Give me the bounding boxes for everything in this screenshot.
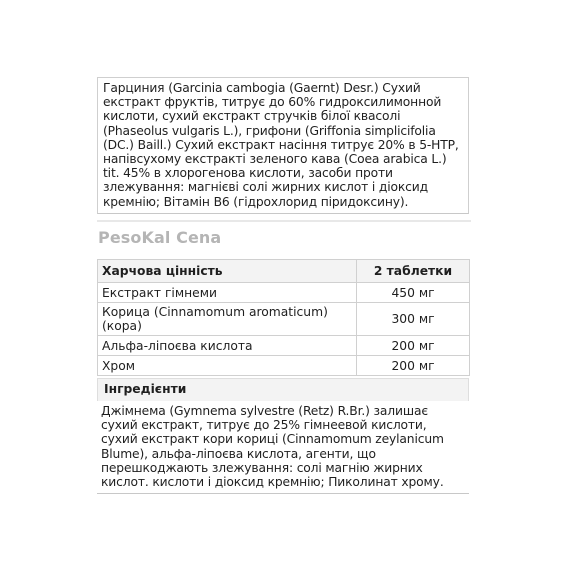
- table-header-row: Харчова цінність 2 таблетки: [98, 260, 470, 283]
- ingredients-text: Джімнема (Gymnema sylvestre (Retz) R.Br.…: [101, 404, 465, 489]
- row-amount: 450 мг: [357, 283, 470, 303]
- row-name: Екстракт гімнеми: [98, 283, 357, 303]
- row-amount: 300 мг: [357, 303, 470, 336]
- nutrition-table: Харчова цінність 2 таблетки Екстракт гім…: [97, 259, 470, 376]
- composition-text: Гарциния (Garcinia cambogia (Gaernt) Des…: [103, 81, 464, 209]
- row-name: Корица (Cinnamomum aromaticum) (кора): [98, 303, 357, 336]
- row-amount: 200 мг: [357, 336, 470, 356]
- row-amount: 200 мг: [357, 356, 470, 376]
- table-row: Екстракт гімнеми 450 мг: [98, 283, 470, 303]
- composition-box: Гарциния (Garcinia cambogia (Gaernt) Des…: [97, 77, 469, 214]
- ingredients-section: Інгредієнти Джімнема (Gymnema sylvestre …: [97, 378, 469, 494]
- table-row: Хром 200 мг: [98, 356, 470, 376]
- ingredients-title: Інгредієнти: [97, 378, 469, 401]
- divider: [97, 220, 471, 222]
- ingredients-body: Джімнема (Gymnema sylvestre (Retz) R.Br.…: [97, 401, 469, 494]
- table-row: Корица (Cinnamomum aromaticum) (кора) 30…: [98, 303, 470, 336]
- header-name: Харчова цінність: [98, 260, 357, 283]
- header-amount: 2 таблетки: [357, 260, 470, 283]
- row-name: Альфа-ліпоєва кислота: [98, 336, 357, 356]
- product-title: PesoKal Cena: [98, 228, 221, 247]
- row-name: Хром: [98, 356, 357, 376]
- table-row: Альфа-ліпоєва кислота 200 мг: [98, 336, 470, 356]
